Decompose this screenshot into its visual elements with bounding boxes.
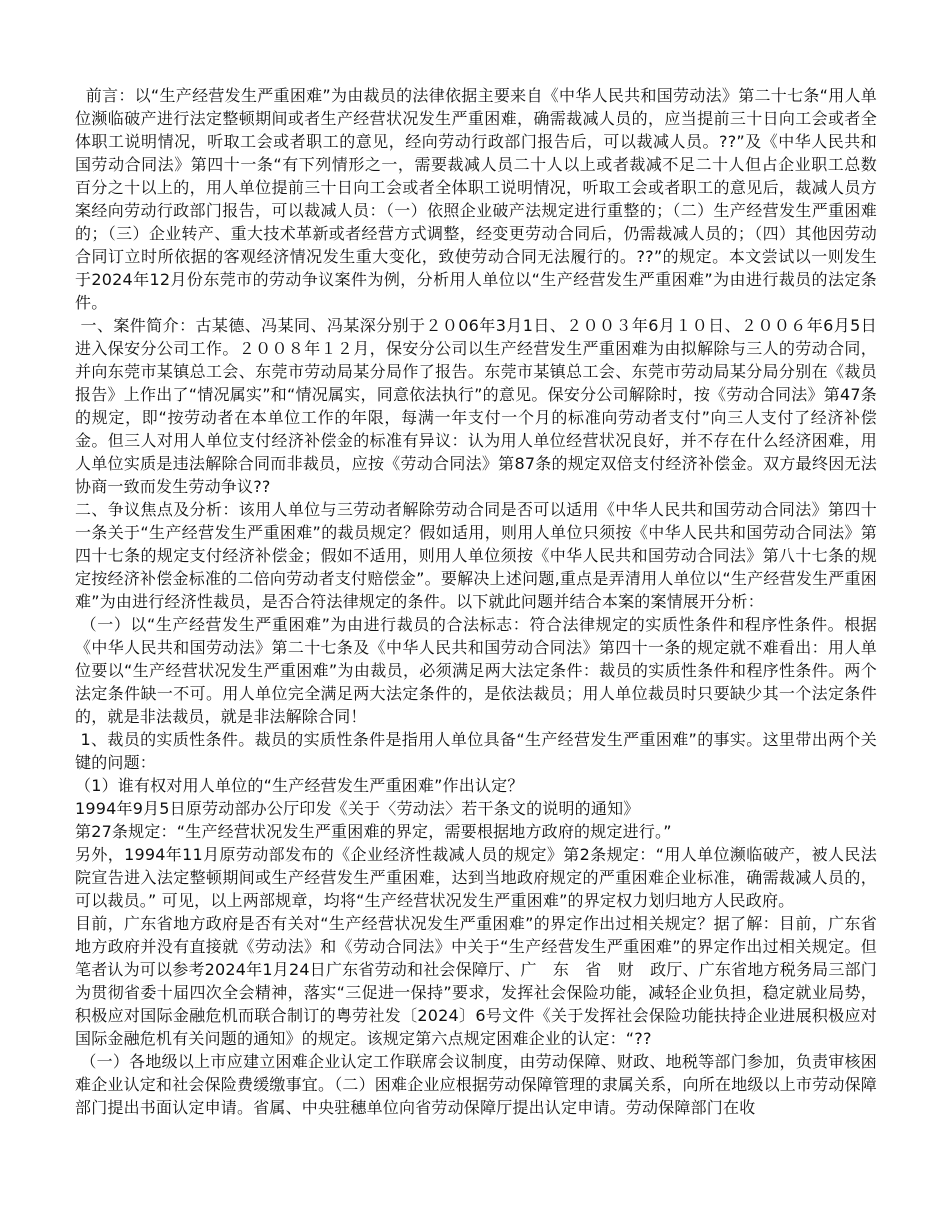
paragraph: 前言：以“生产经营发生严重困难”为由裁员的法律依据主要来自《中华人民共和国劳动法… [75,84,877,314]
paragraph: 二、争议焦点及分析：该用人单位与三劳动者解除劳动合同是否可以适用《中华人民共和国… [75,498,877,613]
paragraph: （一）各地级以上市应建立困难企业认定工作联席会议制度，由劳动保障、财政、地税等部… [75,1050,877,1119]
paragraph: 目前，广东省地方政府是否有关对“生产经营状况发生严重困难”的界定作出过相关规定？… [75,912,877,1050]
document-page: 前言：以“生产经营发生严重困难”为由裁员的法律依据主要来自《中华人民共和国劳动法… [0,0,950,1230]
paragraph: 1994年9月5日原劳动部办公厅印发《关于〈劳动法〉若干条文的说明的通知》 [75,797,877,820]
document-text: 前言：以“生产经营发生严重困难”为由裁员的法律依据主要来自《中华人民共和国劳动法… [75,84,877,1119]
paragraph: 另外，1994年11月原劳动部发布的《企业经济性裁减人员的规定》第2条规定：“用… [75,843,877,912]
paragraph: 一、案件简介：古某德、冯某同、冯某深分别于２０06年3月1日、２００３年6月１０… [75,314,877,498]
paragraph: （一）以“生产经营发生严重困难”为由进行裁员的合法标志：符合法律规定的实质性条件… [75,613,877,728]
paragraph: 1、裁员的实质性条件。裁员的实质性条件是指用人单位具备“生产经营发生严重困难”的… [75,728,877,774]
paragraph: 第27条规定：“生产经营状况发生严重困难的界定，需要根据地方政府的规定进行。” [75,820,877,843]
paragraph: （1）谁有权对用人单位的“生产经营发生严重困难”作出认定？ [75,774,877,797]
